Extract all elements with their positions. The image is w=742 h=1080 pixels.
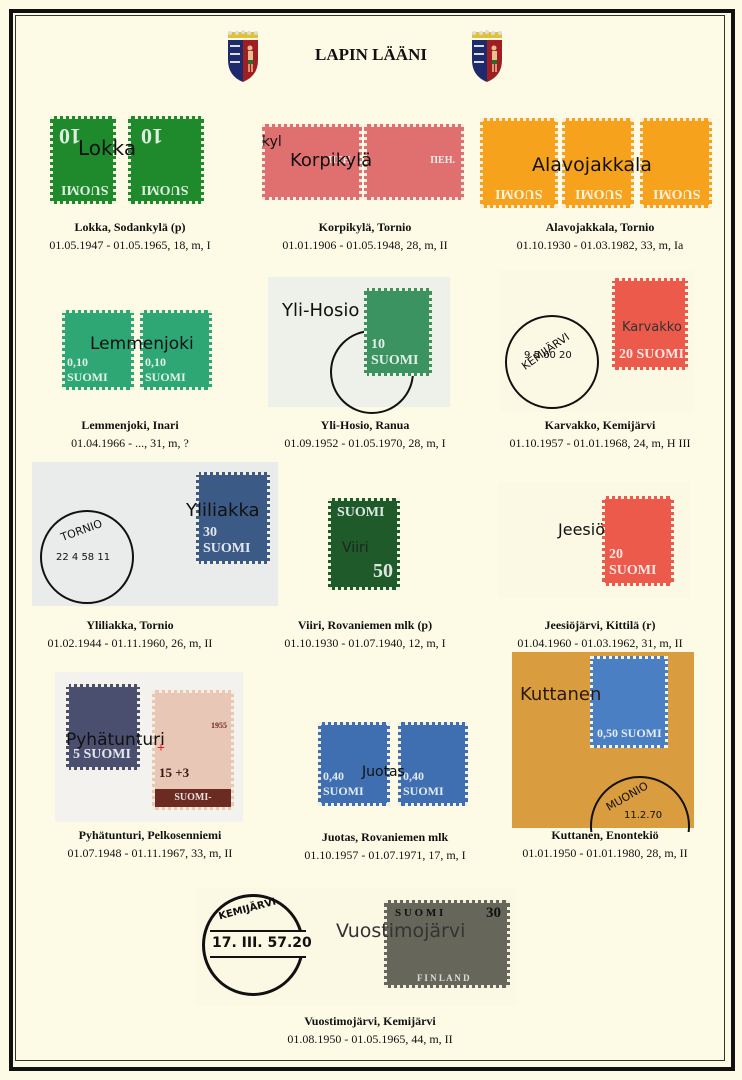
post-office-info: 01.02.1944 - 01.11.1960, 26, m, II — [30, 634, 230, 652]
item-caption: Jeesiöjärvi, Kittilä (r) 01.04.1960 - 01… — [480, 616, 720, 652]
post-office-name: Yli-Hosio, Ranua — [250, 416, 480, 434]
post-office-info: 01.04.1960 - 01.03.1962, 31, m, II — [480, 634, 720, 652]
postmark-date: 17. III. 57.20 — [212, 935, 312, 951]
stamp: SUOMI 10 — [128, 116, 204, 204]
lapland-coat-of-arms-icon — [470, 30, 504, 84]
cancellation-text: Yli-Hosio — [282, 300, 359, 321]
cancellation-text: Kuttanen — [520, 684, 601, 705]
post-office-info: 01.10.1957 - 01.01.1968, 24, m, H III — [480, 434, 720, 452]
cancellation-text: Alavojakkala — [532, 154, 652, 176]
post-office-info: 01.10.1930 - 01.07.1940, 12, m, I — [250, 634, 480, 652]
stamp: 20 SUOMI — [602, 496, 674, 586]
item-caption: Viiri, Rovaniemen mlk (p) 01.10.1930 - 0… — [250, 616, 480, 652]
item-caption: Alavojakkala, Tornio 01.10.1930 - 01.03.… — [480, 218, 720, 254]
stamp: S U O M I 30 F I N L A N D — [384, 900, 510, 988]
item-caption: Korpikylä, Tornio 01.01.1906 - 01.05.194… — [250, 218, 480, 254]
post-office-info: 01.08.1950 - 01.05.1965, 44, m, II — [250, 1030, 490, 1048]
cancellation-text: Vuostimojärvi — [336, 920, 465, 942]
post-office-info: 01.07.1948 - 01.11.1967, 33, m, II — [30, 844, 270, 862]
post-office-info: 01.05.1947 - 01.05.1965, 18, m, I — [30, 236, 230, 254]
cancellation-text: Karvakko — [622, 320, 682, 335]
cancellation-text: Lokka — [78, 136, 136, 160]
stamp: SUOMI 10 — [50, 116, 116, 204]
stamp: ПЕН. — [364, 124, 464, 200]
item-caption: Vuostimojärvi, Kemijärvi 01.08.1950 - 01… — [250, 1012, 490, 1048]
post-office-name: Korpikylä, Tornio — [250, 218, 480, 236]
post-office-info: 01.10.1930 - 01.03.1982, 33, m, Ia — [480, 236, 720, 254]
stamp: 0,40 SUOMI — [398, 722, 468, 806]
cancellation-text: Juotas — [362, 764, 405, 780]
post-office-name: Yliliakka, Tornio — [30, 616, 230, 634]
page-title: LAPIN LÄÄNI — [0, 45, 742, 65]
stamp: 1955 15 +3 SUOMI-FINLAND + — [152, 690, 234, 810]
post-office-name: Jeesiöjärvi, Kittilä (r) — [480, 616, 720, 634]
post-office-info: 01.09.1952 - 01.05.1970, 28, m, I — [250, 434, 480, 452]
postmark-date: 11.2.70 — [624, 810, 662, 821]
item-caption: Lokka, Sodankylä (p) 01.05.1947 - 01.05.… — [30, 218, 230, 254]
item-caption: Lemmenjoki, Inari 01.04.1966 - ..., 31, … — [30, 416, 230, 452]
item-caption: Karvakko, Kemijärvi 01.10.1957 - 01.01.1… — [480, 416, 720, 452]
post-office-info: 01.01.1906 - 01.05.1948, 28, m, II — [250, 236, 480, 254]
stamp: 5 SUOMI — [66, 684, 140, 770]
item-caption: Yliliakka, Tornio 01.02.1944 - 01.11.196… — [30, 616, 230, 652]
item-caption: Juotas, Rovaniemen mlk 01.10.1957 - 01.0… — [270, 828, 500, 864]
post-office-info: 01.01.1950 - 01.01.1980, 28, m, II — [490, 844, 720, 862]
stamp: 10 SUOMI — [364, 288, 432, 376]
cancellation-text: Yliliakka — [186, 500, 260, 521]
post-office-name: Viiri, Rovaniemen mlk (p) — [250, 616, 480, 634]
cancellation-text: Jeesiö — [558, 520, 605, 539]
post-office-name: Lemmenjoki, Inari — [30, 416, 230, 434]
post-office-name: Vuostimojärvi, Kemijärvi — [250, 1012, 490, 1030]
item-caption: Pyhätunturi, Pelkosenniemi 01.07.1948 - … — [30, 826, 270, 862]
postmark-date: 22 4 58 11 — [56, 552, 110, 563]
post-office-name: Pyhätunturi, Pelkosenniemi — [30, 826, 270, 844]
item-caption: Yli-Hosio, Ranua 01.09.1952 - 01.05.1970… — [250, 416, 480, 452]
cancellation-text: Korpikylä — [290, 150, 372, 171]
post-office-name: Karvakko, Kemijärvi — [480, 416, 720, 434]
post-office-name: Lokka, Sodankylä (p) — [30, 218, 230, 236]
cancellation-text: Pyhätunturi — [66, 730, 165, 750]
post-office-info: 01.10.1957 - 01.07.1971, 17, m, I — [270, 846, 500, 864]
item-caption: Kuttanen, Enontekiö 01.01.1950 - 01.01.1… — [490, 826, 720, 862]
post-office-info: 01.04.1966 - ..., 31, m, ? — [30, 434, 230, 452]
post-office-name: Juotas, Rovaniemen mlk — [270, 828, 500, 846]
cancellation-text: Viiri — [342, 540, 369, 556]
stamp: 0,50 SUOMI — [590, 656, 668, 748]
post-office-name: Kuttanen, Enontekiö — [490, 826, 720, 844]
post-office-name: Alavojakkala, Tornio — [480, 218, 720, 236]
cancellation-text: Lemmenjoki — [90, 334, 194, 354]
postmark-date: 9 5 60 20 — [524, 350, 572, 361]
